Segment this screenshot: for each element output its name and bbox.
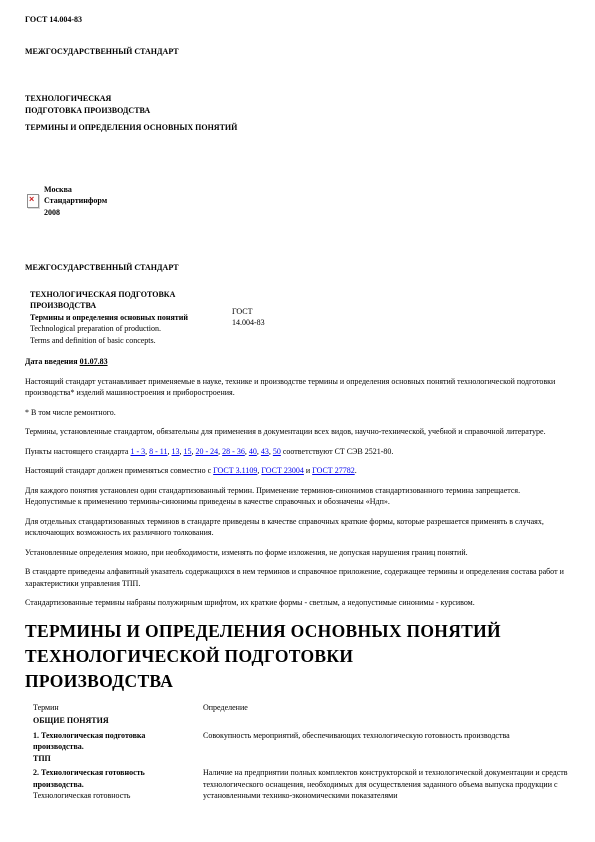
doc-link[interactable]: ГОСТ 27782	[312, 466, 355, 475]
main-heading-line3: ПРОИЗВОДСТВА	[25, 669, 570, 694]
publisher-block: × Москва Стандартинформ 2008	[27, 184, 570, 219]
term-cell: 1. Технологическая подготовка производст…	[33, 730, 195, 765]
doc-link[interactable]: 43	[261, 447, 269, 456]
header-title-line2: ПОДГОТОВКА ПРОИЗВОДСТВА	[25, 105, 570, 117]
doc-number: ГОСТ 14.004-83	[25, 14, 570, 26]
definition-text: Совокупность мероприятий, обеспечивающих…	[203, 730, 570, 765]
document-page: ГОСТ 14.004-83 МЕЖГОСУДАРСТВЕННЫЙ СТАНДА…	[0, 0, 595, 842]
paragraph-typography: Стандартизованные термины набраны полужи…	[25, 597, 570, 609]
paragraph-definitions: Установленные определения можно, при нео…	[25, 547, 570, 559]
broken-image-x-glyph: ×	[29, 193, 34, 205]
subtitle-ru: Термины и определения основных понятий	[30, 312, 220, 324]
doc-link[interactable]: 28 - 36	[222, 447, 245, 456]
doc-link[interactable]: 8 - 11	[149, 447, 167, 456]
doc-link[interactable]: ГОСТ 3.1109	[213, 466, 257, 475]
gost-designation-line2: 14.004-83	[232, 317, 265, 329]
header-subtitle: ТЕРМИНЫ И ОПРЕДЕЛЕНИЯ ОСНОВНЫХ ПОНЯТИЙ	[25, 122, 570, 134]
main-heading-line1: ТЕРМИНЫ И ОПРЕДЕЛЕНИЯ ОСНОВНЫХ ПОНЯТИЙ	[25, 619, 570, 644]
paragraph-index: В стандарте приведены алфавитный указате…	[25, 566, 570, 589]
effective-date: Дата введения 01.07.83	[25, 356, 570, 368]
table-row: 2. Технологическая готовность производст…	[33, 767, 570, 802]
paragraph-synonyms: Для каждого понятия установлен один стан…	[25, 485, 570, 508]
publisher-city: Москва	[44, 184, 107, 196]
main-heading-line2: ТЕХНОЛОГИЧЕСКОЙ ПОДГОТОВКИ	[25, 644, 570, 669]
term-abbreviation: ТПП	[33, 753, 195, 765]
paragraph-mandatory: Термины, установленные стандартом, обяза…	[25, 426, 570, 438]
effective-date-label: Дата введения	[25, 357, 80, 366]
paragraph-scope: Настоящий стандарт устанавливает применя…	[25, 376, 570, 399]
doc-link[interactable]: 20 - 24	[196, 447, 219, 456]
standard-type-main: МЕЖГОСУДАРСТВЕННЫЙ СТАНДАРТ	[25, 262, 570, 274]
doc-link[interactable]: ГОСТ 23004	[261, 466, 304, 475]
standard-type-top: МЕЖГОСУДАРСТВЕННЫЙ СТАНДАРТ	[25, 46, 570, 58]
table-header-row: Термин Определение	[33, 702, 570, 714]
publisher-name: Стандартинформ	[44, 195, 107, 207]
title-block-left: ТЕХНОЛОГИЧЕСКАЯ ПОДГОТОВКА ПРОИЗВОДСТВА …	[30, 289, 220, 347]
gost-designation: ГОСТ 14.004-83	[232, 306, 265, 329]
column-header-term: Термин	[33, 702, 195, 714]
doc-link[interactable]: 15	[184, 447, 192, 456]
title-ru: ТЕХНОЛОГИЧЕСКАЯ ПОДГОТОВКА ПРОИЗВОДСТВА	[30, 289, 220, 312]
doc-link[interactable]: 1 - 3	[130, 447, 145, 456]
header-title: ТЕХНОЛОГИЧЕСКАЯ ПОДГОТОВКА ПРОИЗВОДСТВА	[25, 93, 570, 116]
gost-designation-line1: ГОСТ	[232, 306, 265, 318]
paragraph-clauses-links: Пункты настоящего стандарта 1 - 3, 8 - 1…	[25, 446, 570, 458]
table-section-header: ОБЩИЕ ПОНЯТИЯ	[33, 715, 570, 727]
publisher-year: 2008	[44, 207, 107, 219]
term-cell: 2. Технологическая готовность производст…	[33, 767, 195, 802]
main-heading: ТЕРМИНЫ И ОПРЕДЕЛЕНИЯ ОСНОВНЫХ ПОНЯТИЙ Т…	[25, 619, 570, 694]
paragraph-short-forms: Для отдельных стандартизованных терминов…	[25, 516, 570, 539]
header-title-line1: ТЕХНОЛОГИЧЕСКАЯ	[25, 93, 570, 105]
publisher-imprint: Москва Стандартинформ 2008	[44, 184, 107, 219]
title-en-line2: Terms and definition of basic concepts.	[30, 335, 220, 347]
column-header-definition: Определение	[203, 702, 570, 714]
term-text: 2. Технологическая готовность производст…	[33, 767, 195, 790]
title-en-line1: Technological preparation of production.	[30, 323, 220, 335]
term-text: 1. Технологическая подготовка производст…	[33, 730, 195, 753]
broken-image-icon: ×	[27, 194, 39, 208]
footnote: * В том числе ремонтного.	[25, 407, 570, 419]
terms-table: Термин Определение ОБЩИЕ ПОНЯТИЯ 1. Техн…	[25, 702, 570, 802]
doc-link[interactable]: 50	[273, 447, 281, 456]
table-row: 1. Технологическая подготовка производст…	[33, 730, 570, 765]
paragraph-related-gosts: Настоящий стандарт должен применяться со…	[25, 465, 570, 477]
term-short-form: Технологическая готовность	[33, 790, 195, 802]
doc-link[interactable]: 13	[172, 447, 180, 456]
definition-text: Наличие на предприятии полных комплектов…	[203, 767, 570, 802]
doc-link[interactable]: 40	[249, 447, 257, 456]
title-block: ТЕХНОЛОГИЧЕСКАЯ ПОДГОТОВКА ПРОИЗВОДСТВА …	[25, 289, 570, 347]
effective-date-value: 01.07.83	[80, 357, 108, 366]
